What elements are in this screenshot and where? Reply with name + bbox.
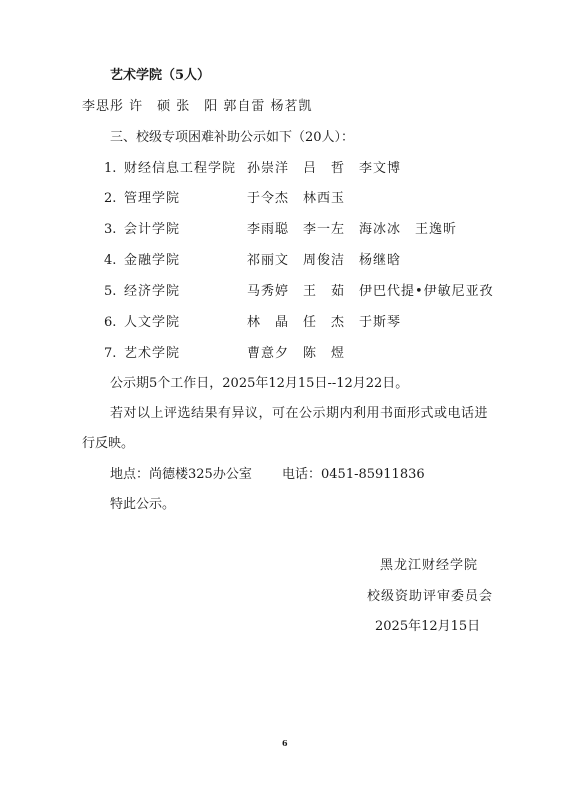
student-names: 李雨聪 李一左 海冰冰 王逸昕 bbox=[247, 222, 457, 238]
objection-text-line2: 行反映。 bbox=[82, 436, 134, 452]
student-names: 马秀婷 王 茹 伊巴代提•伊敏尼亚孜 bbox=[247, 284, 494, 300]
notice-period: 公示期5个工作日，2025年12月15日--12月22日。 bbox=[110, 376, 408, 392]
college-name: 人文学院 bbox=[124, 315, 180, 331]
page-number: 6 bbox=[282, 738, 288, 748]
student-names: 孙崇洋 吕 哲 李文博 bbox=[247, 161, 401, 177]
contact-location: 地点：尚德楼325办公室 bbox=[110, 467, 252, 483]
signature-org: 黑龙江财经学院 bbox=[380, 558, 478, 574]
student-names: 祁丽文 周俊洁 杨继晗 bbox=[247, 253, 401, 269]
signature-date: 2025年12月15日 bbox=[375, 619, 480, 635]
contact-phone: 电话：0451-85911836 bbox=[282, 467, 425, 483]
college-name: 财经信息工程学院 bbox=[124, 161, 236, 177]
student-names: 曹意夕 陈 煜 bbox=[247, 346, 345, 362]
college-name: 经济学院 bbox=[124, 284, 180, 300]
closing-text: 特此公示。 bbox=[110, 497, 175, 513]
student-names: 林 晶 任 杰 于斯琴 bbox=[247, 315, 401, 331]
college-name: 金融学院 bbox=[124, 253, 180, 269]
college-name: 管理学院 bbox=[124, 191, 180, 207]
art-section-names: 李思彤 许 硕 张 阳 郭自雷 杨茗凯 bbox=[82, 99, 313, 115]
college-name: 艺术学院 bbox=[124, 346, 180, 362]
objection-text-line1: 若对以上评选结果有异议，可在公示期内利用书面形式或电话进 bbox=[110, 406, 488, 422]
student-names: 于令杰 林西玉 bbox=[247, 191, 345, 207]
signature-committee: 校级资助评审委员会 bbox=[367, 589, 493, 605]
art-section-heading: 艺术学院（5人） bbox=[110, 68, 210, 84]
special-section-heading: 三、校级专项困难补助公示如下（20人）： bbox=[110, 130, 354, 146]
college-name: 会计学院 bbox=[124, 222, 180, 238]
